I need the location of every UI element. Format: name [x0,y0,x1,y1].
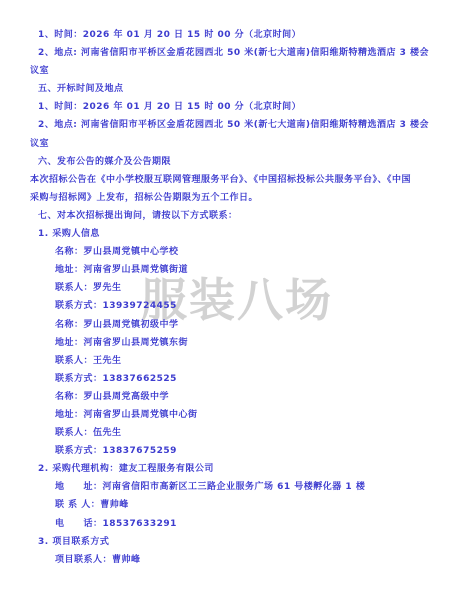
text-line: 电 话：18537633291 [0,515,450,533]
text-line: 联系人：王先生 [0,352,450,370]
text-line: 2、地点: 河南省信阳市平桥区金盾花园西北 50 米(新七大道南)信阳维斯特精选… [0,44,450,62]
text-line: 名称：罗山县周党镇中心学校 [0,243,450,261]
text-line: 3. 项目联系方式 [0,533,450,551]
text-line: 联系人：罗先生 [0,279,450,297]
text-line: 议室 [0,62,450,80]
text-line: 联系方式：13837675259 [0,442,450,460]
text-line: 地址：河南省罗山县周党镇街道 [0,261,450,279]
text-line: 本次招标公告在《中小学校服互联网管理服务平台》、《中国招标投标公共服务平台》、《… [0,171,450,189]
text-line: 地 址：河南省信阳市高新区工三路企业服务广场 61 号楼孵化器 1 楼 [0,478,450,496]
text-line: 1. 采购人信息 [0,225,450,243]
text-line: 1、时间：2026 年 01 月 20 日 15 时 00 分（北京时间） [0,26,450,44]
text-line: 联系人：伍先生 [0,424,450,442]
text-line: 采购与招标网》上发布，招标公告期限为五个工作日。 [0,189,450,207]
text-line: 1、时间：2026 年 01 月 20 日 15 时 00 分（北京时间） [0,98,450,116]
text-line: 名称：罗山县周党镇初级中学 [0,316,450,334]
text-line: 六、发布公告的媒介及公告期限 [0,153,450,171]
text-line: 联系方式：13939724455 [0,297,450,315]
text-line: 七、对本次招标提出询问，请按以下方式联系： [0,207,450,225]
text-line: 地址：河南省罗山县周党镇东街 [0,334,450,352]
text-line: 项目联系人：曹帅峰 [0,551,450,569]
document-body: 1、时间：2026 年 01 月 20 日 15 时 00 分（北京时间）2、地… [0,26,450,569]
text-line: 名称：罗山县周党高级中学 [0,388,450,406]
text-line: 五、开标时间及地点 [0,80,450,98]
text-line: 议室 [0,135,450,153]
text-line: 2、地点: 河南省信阳市平桥区金盾花园西北 50 米(新七大道南)信阳维斯特精选… [0,116,450,134]
tender-announcement-document: 服装八场 1、时间：2026 年 01 月 20 日 15 时 00 分（北京时… [0,0,450,600]
text-line: 2. 采购代理机构：建友工程服务有限公司 [0,460,450,478]
text-line: 联系方式：13837662525 [0,370,450,388]
text-line: 联 系 人：曹帅峰 [0,496,450,514]
text-line: 地址：河南省罗山县周党镇中心街 [0,406,450,424]
